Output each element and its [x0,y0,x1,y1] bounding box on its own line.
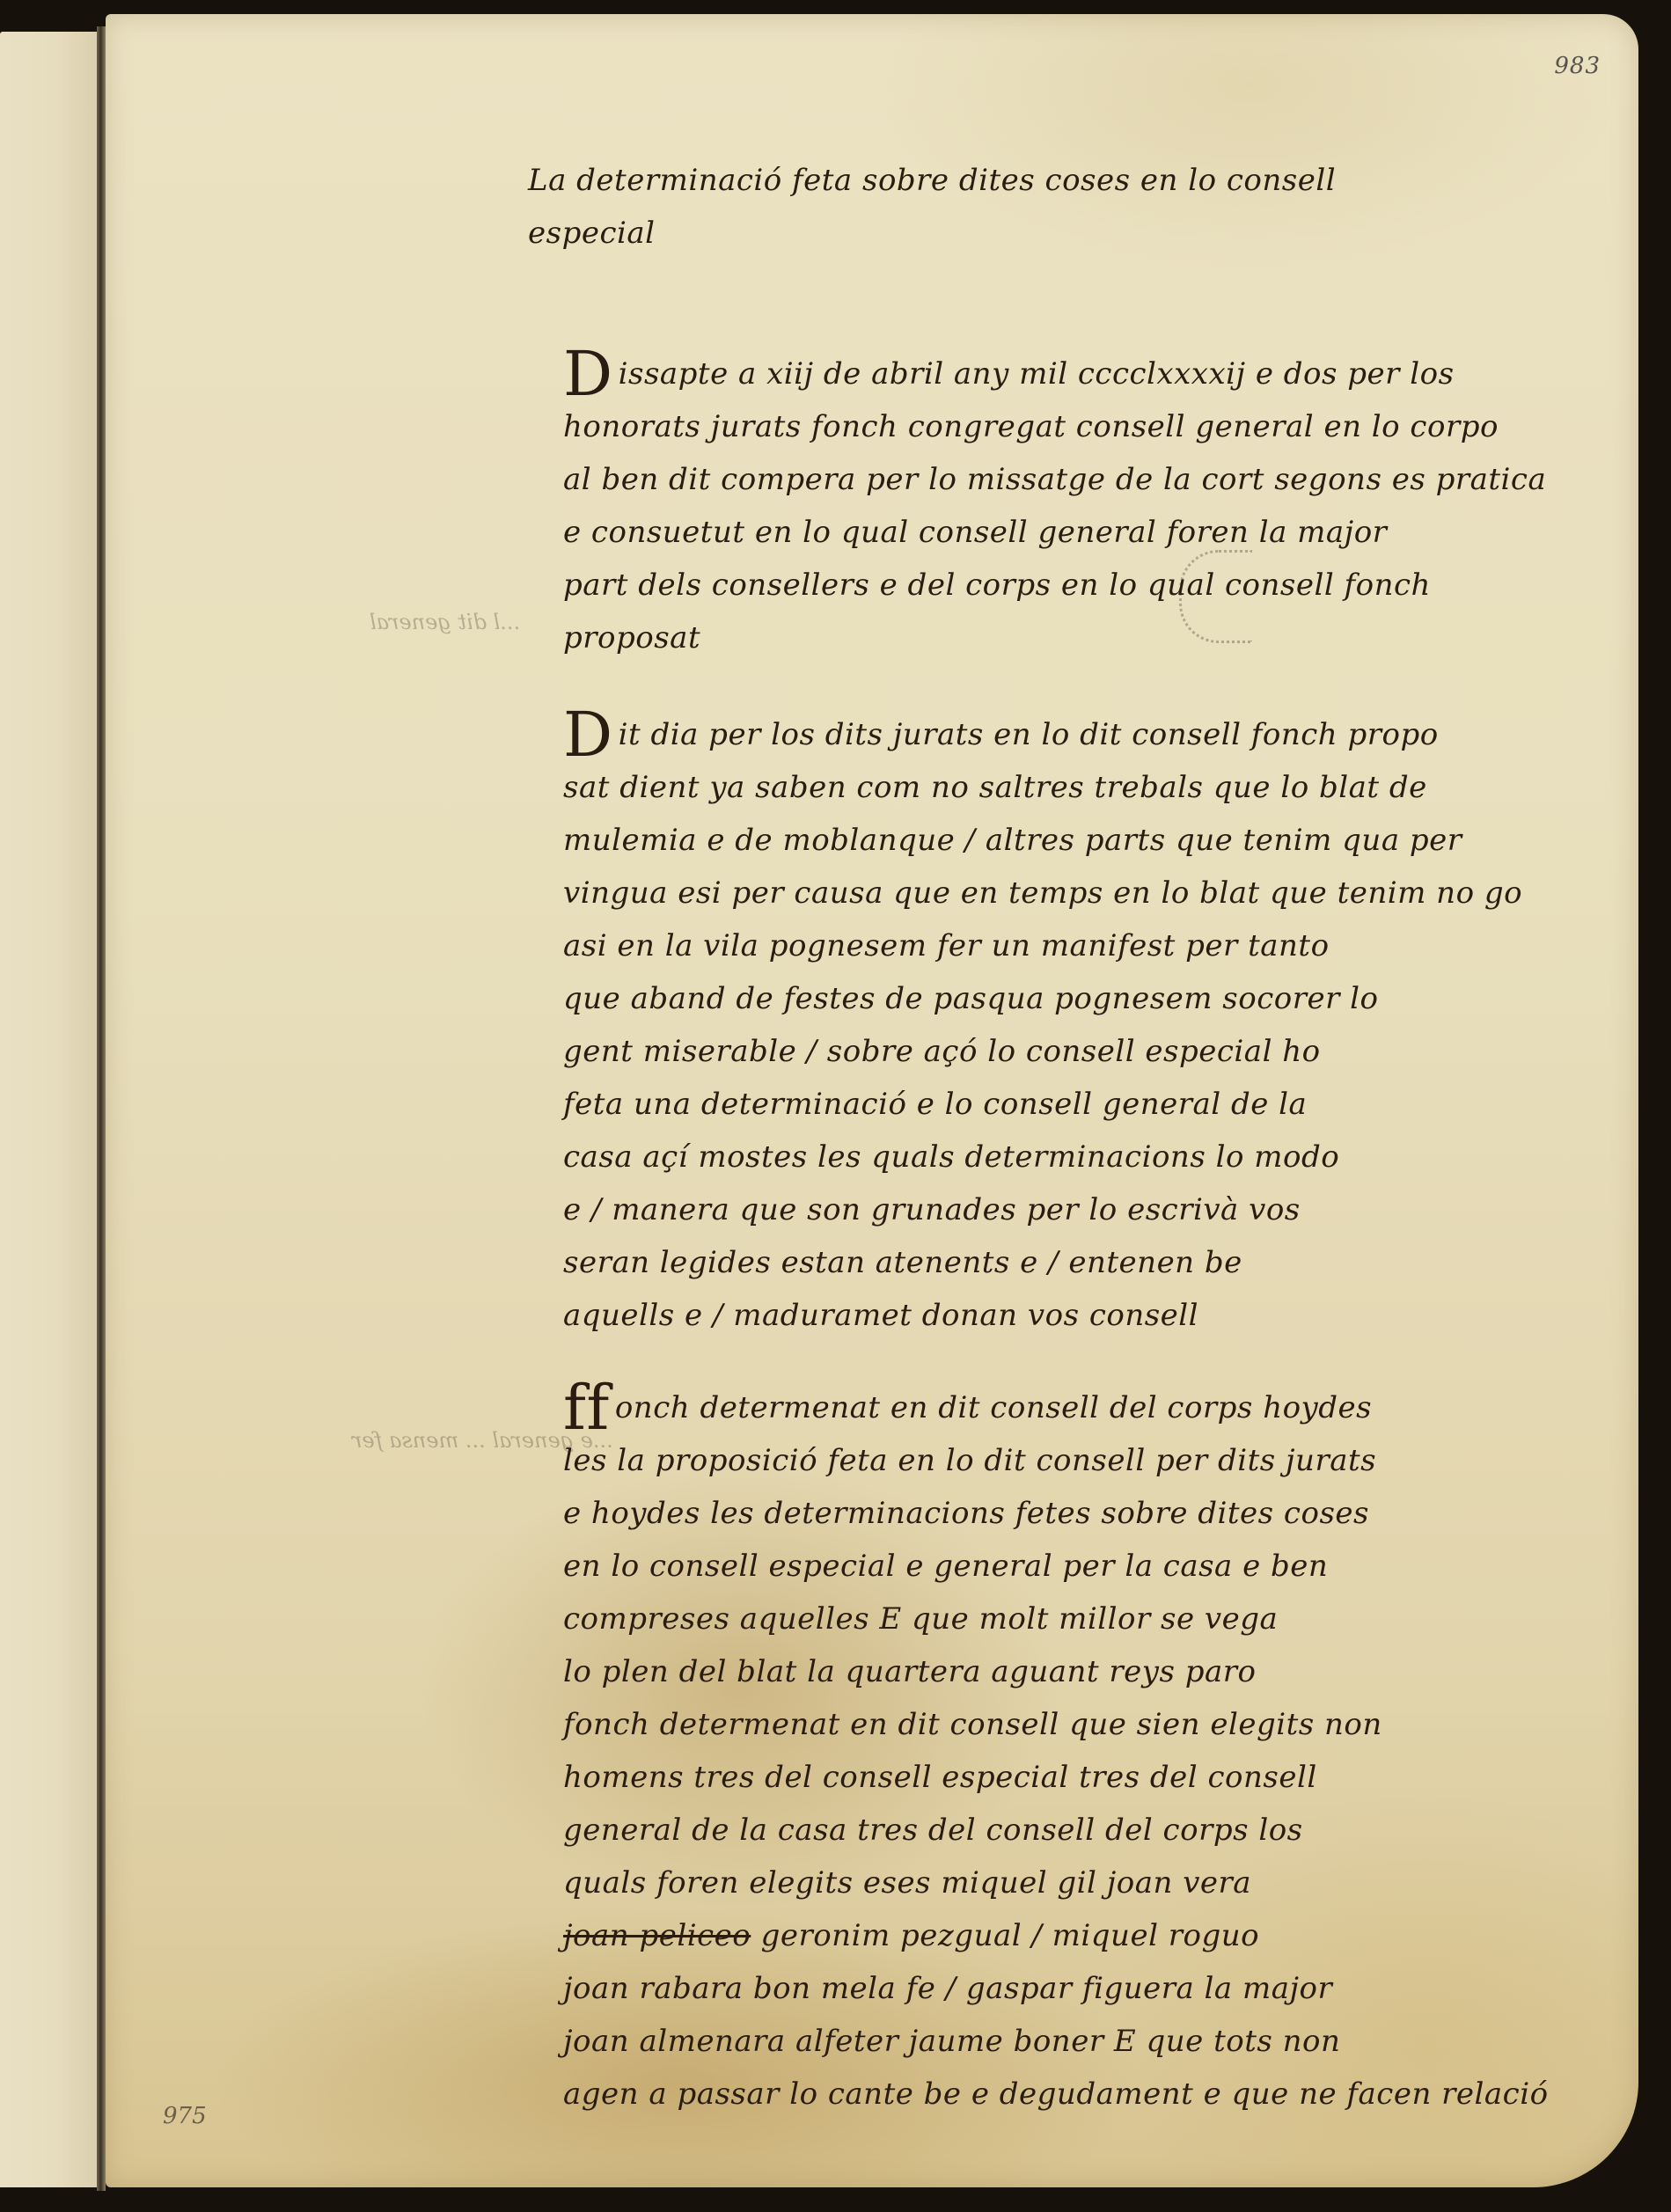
text-line: general de la casa tres del consell del … [563,1804,1601,1857]
old-folio-number: 975 [163,2103,207,2129]
text-line: Dissapte a xiij de abril any mil cccclxx… [563,348,1601,400]
text-line: proposat [563,612,1601,664]
text-line: les la proposició feta en lo dit consell… [563,1434,1601,1487]
text-line: vingua esi per causa que en temps en lo … [563,867,1601,919]
text-line: compreses aquelles E que molt millor se … [563,1593,1601,1645]
text-line: al ben dit compera per lo missatge de la… [563,453,1601,506]
text-line: joan peliceo geronim pezgual / miquel ro… [563,1909,1601,1962]
text-line: part dels consellers e del corps en lo q… [563,559,1601,612]
initial-letter: D [563,699,613,771]
text-line: e consuetut en lo qual consell general f… [563,506,1601,559]
text-line: homens tres del consell especial tres de… [563,1751,1601,1804]
heading-line: especial [528,207,1584,260]
text-line: seran legides estan atenents e / entenen… [563,1236,1601,1289]
initial-letter: ff [563,1372,610,1444]
paragraph-3: ffonch determenat en dit consell del cor… [563,1381,1601,2120]
text-line: asi en la vila pognesem fer un manifest … [563,919,1601,972]
text-line: lo plen del blat la quartera aguant reys… [563,1645,1601,1698]
heading-line: La determinació feta sobre dites coses e… [528,154,1584,207]
text-line-content: geronim pezgual / miquel roguo [751,1918,1259,1953]
text-line: que aband de festes de pasqua pognesem s… [563,972,1601,1025]
text-line: quals foren elegits eses miquel gil joan… [563,1857,1601,1909]
text-line: sat dient ya saben com no saltres trebal… [563,761,1601,814]
text-line: e hoydes les determinacions fetes sobre … [563,1487,1601,1540]
manuscript-scan: 983 975 ...l dit general ...e general ..… [0,0,1671,2212]
folio-number: 983 [1554,53,1601,79]
initial-letter: D [563,338,613,410]
text-line: e / manera que son grunades per lo escri… [563,1183,1601,1236]
previous-leaf-edge [0,32,99,2187]
text-line-content: issapte a xiij de abril any mil cccclxxx… [619,356,1455,392]
text-line: feta una determinació e lo consell gener… [563,1078,1601,1131]
bleed-through-marginalia: ...l dit general [370,607,520,637]
text-line: fonch determenat en dit consell que sien… [563,1698,1601,1751]
text-line: agen a passar lo cante be e degudament e… [563,2068,1601,2120]
binding-gutter [97,26,106,2191]
text-line: joan rabara bon mela fe / gaspar figuera… [563,1962,1601,2015]
paragraph-1: Dissapte a xiij de abril any mil cccclxx… [563,348,1601,664]
text-line-content: it dia per los dits jurats en lo dit con… [619,717,1439,752]
text-line: aquells e / maduramet donan vos consell [563,1289,1601,1342]
text-line: gent miserable / sobre açó lo consell es… [563,1025,1601,1078]
text-line-content: onch determenat en dit consell del corps… [615,1390,1372,1425]
text-line: mulemia e de moblanque / altres parts qu… [563,814,1601,867]
struck-through-name: joan peliceo [563,1918,751,1953]
text-line: casa açí mostes les quals determinacions… [563,1131,1601,1183]
entry-heading: La determinació feta sobre dites coses e… [528,154,1584,260]
text-line: Dit dia per los dits jurats en lo dit co… [563,708,1601,761]
text-line: ffonch determenat en dit consell del cor… [563,1381,1601,1434]
text-line: joan almenara alfeter jaume boner E que … [563,2015,1601,2068]
text-line: en lo consell especial e general per la … [563,1540,1601,1593]
paragraph-2: Dit dia per los dits jurats en lo dit co… [563,708,1601,1342]
text-line: honorats jurats fonch congregat consell … [563,400,1601,453]
